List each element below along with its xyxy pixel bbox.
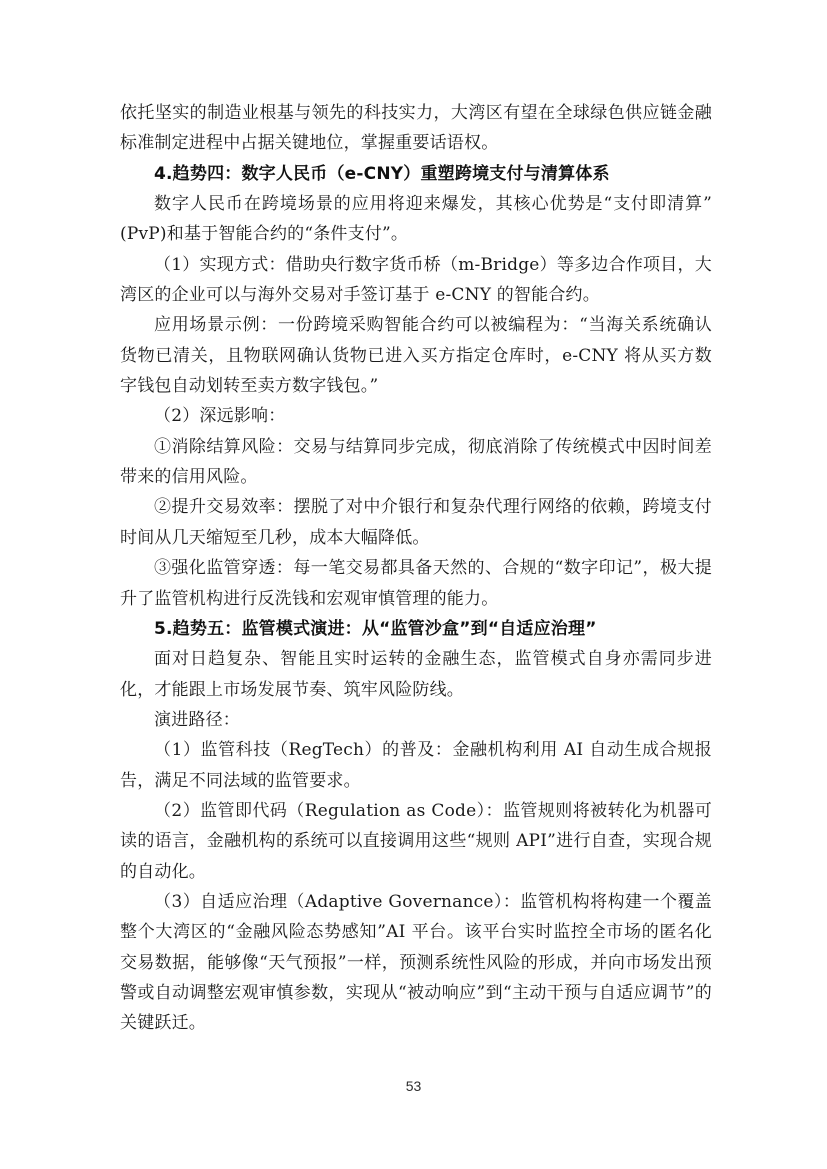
paragraph-continuation: 依托坚实的制造业根基与领先的科技实力，大湾区有望在全球绿色供应链金融标准制定进程… <box>120 98 712 159</box>
document-body: 依托坚实的制造业根基与领先的科技实力，大湾区有望在全球绿色供应链金融标准制定进程… <box>120 98 712 1039</box>
paragraph: ②提升交易效率：摆脱了对中介银行和复杂代理行网络的依赖，跨境支付时间从几天缩短至… <box>120 492 712 553</box>
paragraph: （1）实现方式：借助央行数字货币桥（m-Bridge）等多边合作项目，大湾区的企… <box>120 250 712 311</box>
paragraph: 数字人民币在跨境场景的应用将迎来爆发，其核心优势是“支付即清算”(PvP)和基于… <box>120 189 712 250</box>
document-page: 依托坚实的制造业根基与领先的科技实力，大湾区有望在全球绿色供应链金融标准制定进程… <box>0 0 827 1169</box>
paragraph: 应用场景示例：一份跨境采购智能合约可以被编程为：“当海关系统确认货物已清关，且物… <box>120 310 712 401</box>
paragraph: （1）监管科技（RegTech）的普及：金融机构利用 AI 自动生成合规报告，满… <box>120 735 712 796</box>
section-heading-trend-5: 5.趋势五：监管模式演进：从“监管沙盒”到“自适应治理” <box>120 614 712 644</box>
paragraph: ①消除结算风险：交易与结算同步完成，彻底消除了传统模式中因时间差带来的信用风险。 <box>120 432 712 493</box>
paragraph: （3）自适应治理（Adaptive Governance）：监管机构将构建一个覆… <box>120 887 712 1039</box>
paragraph: （2）深远影响： <box>120 401 712 431</box>
page-number: 53 <box>0 1078 827 1094</box>
paragraph: ③强化监管穿透：每一笔交易都具备天然的、合规的“数字印记”，极大提升了监管机构进… <box>120 553 712 614</box>
paragraph: 面对日趋复杂、智能且实时运转的金融生态，监管模式自身亦需同步进化，才能跟上市场发… <box>120 644 712 705</box>
paragraph: （2）监管即代码（Regulation as Code）：监管规则将被转化为机器… <box>120 796 712 887</box>
section-heading-trend-4: 4.趋势四：数字人民币（e-CNY）重塑跨境支付与清算体系 <box>120 159 712 189</box>
paragraph: 演进路径： <box>120 705 712 735</box>
